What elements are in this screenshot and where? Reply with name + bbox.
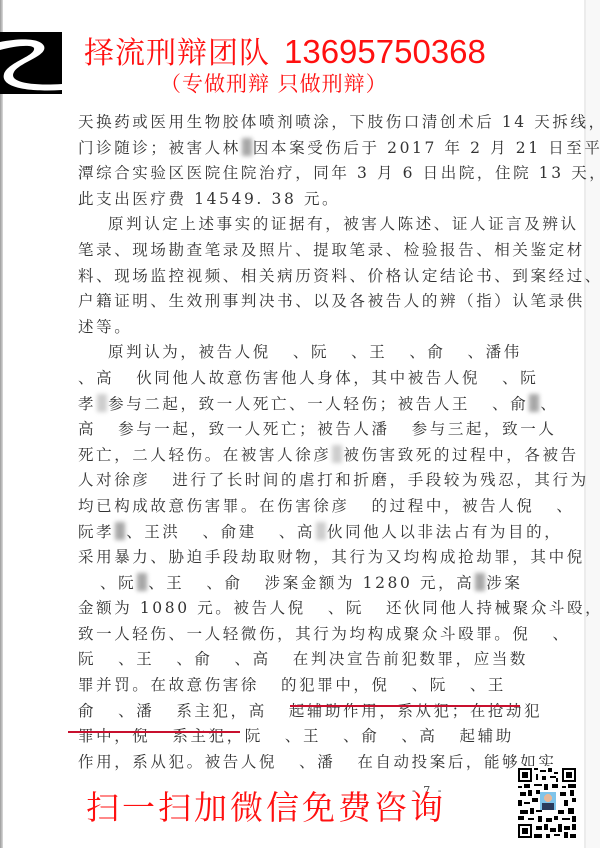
team-name: 择流刑辩团队 [84,36,270,71]
text-segment: 、王 [148,574,184,592]
redaction-mark [242,138,252,156]
text-segment: 、俞 [492,395,528,413]
redaction-mark [97,394,107,412]
text-segment: 被伤害致死的过程中，各被告 [343,446,578,464]
text-segment: 、潘 [299,753,335,771]
text-segment: 、阮 [328,599,364,617]
text-segment: 、 [540,395,558,413]
text-segment: 门诊随诊；被害人林 [78,139,241,157]
text-segment: 、阮 [100,574,136,592]
text-segment: 致一人轻伤、一人轻微伤，其行为均构成聚众斗殴罪。倪 [78,625,531,643]
text-segment: 、王 [118,650,154,668]
text-segment: 、高 [279,523,315,541]
text-segment: 采用暴力、胁迫手段劫取财物，其行为又均构成抢劫罪，其中倪 [78,548,585,566]
text-segment: 作用，系从犯。被告人倪 [78,753,277,771]
text-line: 罪中，倪系主犯，阮、王、俞、高起辅助 [78,724,508,750]
redaction-mark [115,522,125,540]
text-segment: 、 [553,625,571,643]
redaction-mark [475,573,485,591]
text-segment: 、王 [285,727,321,745]
text-line: 原判认为，被告人倪、阮、王、俞、潘伟 [78,340,508,366]
text-segment: 、俞 [343,727,379,745]
text-segment: 户籍证明、生效刑事判决书、以及各被告人的辨（指）认笔录供 [78,292,585,310]
text-line: 死亡，二人轻伤。在被害人徐彦被伤害致死的过程中，各被告 [78,443,508,469]
text-line: 原判认定上述事实的证据有，被害人陈述、证人证言及辨认 [78,212,508,238]
text-segment: 因本案受伤后于 2017 年 2 月 21 日至平 [253,139,600,157]
underline-annotation [68,731,240,733]
text-segment: 原判认为，被告人倪 [108,343,271,361]
text-segment: 的犯罪中，倪 [281,676,390,694]
text-line: 人对徐彦进行了长时间的虐打和折磨，手段较为残忍，其行为 [78,468,508,494]
text-segment: 在判决宣告前犯数罪，应当数 [293,650,528,668]
text-segment: 、王 [470,676,506,694]
text-segment: 还伙同他人持械聚众斗殴， [386,599,600,617]
text-segment: 起辅助 [460,727,514,745]
text-segment: 涉案 [486,574,522,592]
text-segment: 、高 [401,727,437,745]
text-segment: 、俞 [176,650,212,668]
text-segment: 、潘 [118,702,154,720]
text-segment: 罪中，倪 [78,727,150,745]
text-segment: 参与三起，致一人 [412,420,557,438]
text-line: 门诊随诊；被害人林因本案受伤后于 2017 年 2 月 21 日至平 [78,136,508,162]
text-line: 潭综合实验区医院住院治疗，同年 3 月 6 日出院，住院 13 天，为 [78,161,508,187]
text-line: 俞、潘系主犯，高起辅助作用，系从犯；在抢劫犯 [78,699,508,725]
text-segment: 、王洪 [126,523,180,541]
text-segment: 、阮 [293,343,329,361]
redaction-mark [137,573,147,591]
banner-title: 择流刑辩团队13695750368 [84,32,486,74]
text-line: 孝参与二起，致一人死亡、一人轻伤；被告人王、俞、 [78,392,508,418]
redaction-mark [316,522,326,540]
text-line: 笔录、现场勘查笔录及照片、提取笔录、检验报告、相关鉴定材 [78,238,508,264]
text-segment: 参与二起，致一人死亡、一人轻伤；被告人王 [108,395,470,413]
scan-left-edge [0,0,3,848]
text-segment: 料、现场监控视频、相关病历资料、价格认定结论书、到案经过、 [78,267,600,285]
text-line: 高参与一起，致一人死亡；被告人潘参与三起，致一人 [78,417,508,443]
footer-cta: 扫一扫加微信免费咨询 [86,786,446,830]
document-body: 天换药或医用生物胶体喷剂喷涂，下肢伤口清创术后 14 天拆线，门诊随诊；被害人林… [78,110,508,775]
text-segment: 高 [78,420,96,438]
text-line: 均已构成故意伤害罪。在伤害徐彦的过程中，被告人倪、 [78,494,508,520]
text-segment: 进行了长时间的虐打和折磨，手段较为残忍，其行为 [172,471,588,489]
text-segment: 此支出医疗费 14549. 38 元。 [78,190,340,208]
text-segment: 潭综合实验区医院住院治疗，同年 3 月 6 日出院，住院 13 天，为 [78,164,600,182]
text-segment: 系主犯，阮 [172,727,263,745]
text-segment: 人对徐彦 [78,471,150,489]
text-segment: 阮孝 [78,523,114,541]
redaction-mark [529,394,539,412]
text-segment: 涉案金额为 1280 元，高 [265,574,475,592]
text-segment: 阮 [78,650,96,668]
text-segment: 、高 [78,369,114,387]
text-segment: 的过程中，被告人倪 [372,497,535,515]
phone-number[interactable]: 13695750368 [284,33,486,70]
text-segment: 述等。 [78,318,132,336]
text-line: 阮孝、王洪、俞建、高伙同他人以非法占有为目的， [78,520,508,546]
text-line: 罪并罚。在故意伤害徐的犯罪中，倪、阮、王 [78,673,508,699]
text-segment: 、潘伟 [468,343,522,361]
text-line: 金额为 1080 元。被告人倪、阮还伙同他人持械聚众斗殴， [78,596,508,622]
text-line: 述等。 [78,315,508,341]
text-segment: 、阮 [412,676,448,694]
text-segment: 笔录、现场勘查笔录及照片、提取笔录、检验报告、相关鉴定材 [78,241,585,259]
text-line: 致一人轻伤、一人轻微伤，其行为均构成聚众斗殴罪。倪、 [78,622,508,648]
text-line: 、阮、王、俞涉案金额为 1280 元，高涉案 [78,571,508,597]
text-line: 户籍证明、生效刑事判决书、以及各被告人的辨（指）认笔录供 [78,289,508,315]
text-segment: 系主犯，高 [176,702,267,720]
text-line: 此支出医疗费 14549. 38 元。 [78,187,508,213]
text-line: 阮、王、俞、高在判决宣告前犯数罪，应当数 [78,647,508,673]
text-segment: 伙同他人故意伤害他人身体，其中被告人倪 [136,369,480,387]
text-line: 作用，系从犯。被告人倪、潘在自动投案后，能够如实 [78,750,508,776]
text-segment: 、阮 [502,369,538,387]
text-segment: 原判认定上述事实的证据有，被害人陈述、证人证言及辨认 [108,215,579,233]
text-line: 采用暴力、胁迫手段劫取财物，其行为又均构成抢劫罪，其中倪 [78,545,508,571]
text-segment: 参与一起，致一人死亡；被告人潘 [118,420,390,438]
text-line: 、高伙同他人故意伤害他人身体，其中被告人倪、阮 [78,366,508,392]
banner-subtitle: （专做刑辩 只做刑辩） [160,70,388,98]
text-segment: 俞 [78,702,96,720]
text-segment: 金额为 1080 元。被告人倪 [78,599,306,617]
text-segment: 死亡，二人轻伤。在被害人徐彦 [78,446,331,464]
underline-annotation [290,705,520,707]
text-line: 天换药或医用生物胶体喷剂喷涂，下肢伤口清创术后 14 天拆线， [78,110,508,136]
text-segment: 均已构成故意伤害罪。在伤害徐彦 [78,497,350,515]
text-segment: 孝 [78,395,96,413]
text-segment: 罪并罚。在故意伤害徐 [78,676,259,694]
text-segment: 、高 [235,650,271,668]
wechat-qr-code-icon[interactable] [516,766,578,840]
text-segment: 天换药或医用生物胶体喷剂喷涂，下肢伤口清创术后 14 天拆线， [78,113,600,131]
text-line: 料、现场监控视频、相关病历资料、价格认定结论书、到案经过、 [78,264,508,290]
redaction-mark [332,445,342,463]
text-segment: 、 [556,497,574,515]
text-segment: 、俞 [206,574,242,592]
text-segment: 、王 [351,343,387,361]
text-segment: 、俞 [409,343,445,361]
text-segment: 伙同他人以非法占有为目的， [327,523,562,541]
river-logo-icon [0,32,62,94]
text-segment: 、俞建 [203,523,257,541]
